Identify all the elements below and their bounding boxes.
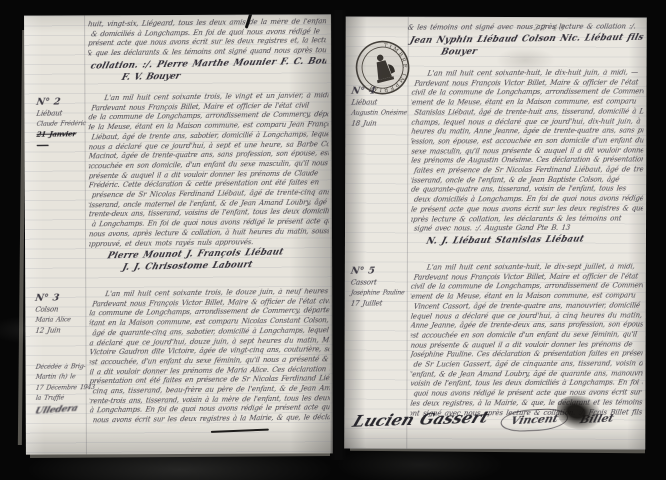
margin-notes-act-4: N° 4LiébautAugustin Onésime18 Juin [351,84,407,129]
manuscript-line: Stanislas Liébaut, âgé de trente-huit an… [414,107,644,118]
act-block-3: N° 3ColsonMaria Alice12 JuinDécédée à Br… [89,288,330,425]
margin-notes-act-3: N° 3ColsonMaria Alice12 JuinDécédée à Br… [35,291,92,414]
manuscript-line: N. J. Liébaut Stanislas Liébaut [411,232,644,246]
margin-note-line: 17 Juillet [350,298,408,309]
margin-note-line: Colson [35,304,93,315]
signature: Lucien Gassert [349,407,492,433]
margin-note-line: Liébaut [36,108,94,119]
scanned-register-spread: huit, vingt-six, Liégeard, tous les deux… [0,0,666,480]
act-lines: L'an mil huit cent soixante trois, le vi… [88,92,329,272]
margin-note-line: Martin (h) le [35,372,93,383]
margin-note-line: 17 Décembre 1943 [35,383,93,394]
margin-note-line: Joséphine Pauline [350,288,408,299]
act-block-5: N° 5CassortJoséphine Pauline17 Juillet L… [410,263,643,419]
act-lines: huit, vingt-six, Liégeard, tous les deux… [88,18,326,82]
margin-note-line: N° 4 [350,84,408,97]
act-lines: L'an mil huit cent soixante-huit, le dix… [410,263,643,419]
right-page: 22 43 TIMBRE IMPÉRIAL & les témoins ont … [344,16,647,449]
left-page: huit, vingt-six, Liégeard, tous les deux… [24,14,333,454]
act-block-continuation: huit, vingt-six, Liégeard, tous les deux… [88,18,326,82]
margin-note-line: Cassort [350,277,408,288]
margin-note-line: Maria Alice [35,315,93,326]
margin-note-line: Claude Frédéric [36,119,94,130]
margin-note-line: Liébaut [351,97,409,108]
act-block-4: N° 4LiébautAugustin Onésime18 Juin L'an … [411,69,644,247]
margin-note-line: 18 Juin [351,118,409,129]
margin-note-line: 12 Juin [35,325,93,336]
paper-stain [496,47,556,73]
margin-note-line: Augustin Onésime [351,108,409,119]
margin-note-line: N° 5 [350,264,408,277]
margin-note-line: N° 2 [35,95,93,109]
margin-notes-act-5: N° 5CassortJoséphine Pauline17 Juillet [351,264,407,309]
margin-note-line: N° 3 [34,291,92,305]
ink-stroke [211,429,269,434]
act-lines: L'an mil huit cent soixante-huit, le dix… [411,69,644,247]
margin-note-line: Décédée à Brig- [35,362,93,373]
manuscript-line: le présent acte que nous avons écrit sur… [411,204,644,215]
act-lines: L'an mil huit cent soixante trois, le do… [89,288,330,425]
manuscript-line: nous avons écrit sur les deux registres … [92,413,330,425]
act-block-2: N° 2LiébautClaude Frédéric21 Janvier⸺ L'… [88,92,329,272]
manuscript-line: Vincent Cassort, âgé de trente-quatre an… [413,301,643,312]
margin-notes-act-2: N° 2LiébautClaude Frédéric21 Janvier⸺ [36,95,92,150]
margin-note-line: 21 Janvier [36,129,94,140]
margin-note-line: ⸺ [36,140,94,151]
